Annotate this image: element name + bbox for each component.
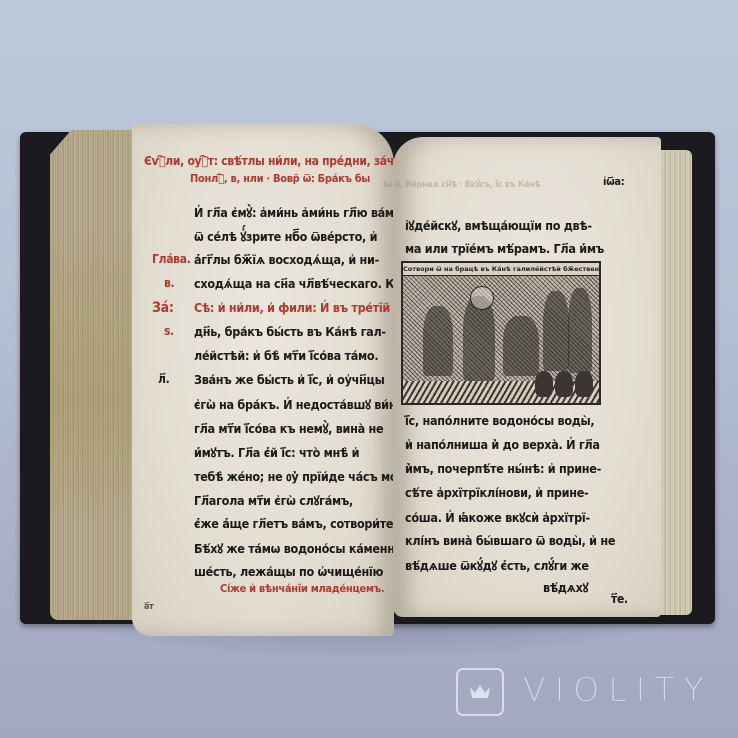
margin-note: За́: <box>152 300 174 316</box>
text-line: гл҃а мт҃и і҆҃со́ва къ немꙋ̀, вина̀ не <box>194 420 383 437</box>
wedding-at-cana-woodcut <box>403 276 599 403</box>
running-head: і҆ѡ҃а: <box>603 175 624 188</box>
text-line: и҆ напо́лниша и҆̀ до верха̀. И҆ гл҃а <box>405 437 600 452</box>
text-line: є҆́же а҆́ще гл҃етъ ва́мъ, сотвори́те. <box>194 516 397 531</box>
text-line: И҆ гл҃а є҆мꙋ̀: а҆ми́нь а҆ми́нь гл҃ю ва́м… <box>194 204 406 221</box>
text-line: і҆҃с, напо́лните водоно́сы воды̀, <box>405 413 594 428</box>
margin-note: ѕ. <box>164 324 174 338</box>
text-line: сходѧ́ща на сн҃а чл҃вѣ́ческаго. Кон. <box>194 276 413 291</box>
text-line: сѣ́те а҆рхїтрїклі́нови, и҆ прине- <box>405 485 588 500</box>
left-page-edges <box>50 130 135 620</box>
text-line: вѣ́дѧше ѿкꙋ́дꙋ є҆́сть, слꙋ́ги же <box>405 557 589 574</box>
woodcut-caption: Сотвори ѿ на брацѣ въ Ка́нѣ галиле́йстѣй… <box>403 263 599 276</box>
folio-number: т҃е. <box>611 592 628 606</box>
left-page-footer: Сі́же и҆ вѣнча́нїи младе́нцемъ. <box>220 582 384 595</box>
text-line: тебѣ̀ же́но; не ᲂу҆̀ прїи́де ча́съ мо́й. <box>194 468 409 485</box>
signature-mark: а҃т <box>144 602 154 612</box>
text-line: ѿ се́лѣ ꙋ҆́зрите нб҃о ѿве́рсто, и҆ <box>194 228 377 245</box>
text-line: ма или трїе́мъ мѣ́рамъ. Гл҃а и҆́мъ <box>405 241 604 256</box>
margin-note: в. <box>164 276 174 290</box>
text-line: ше́сть, лежа́щы по ѡ҆чище́нїю <box>194 564 383 579</box>
text-line: ле́йстѣй: и҆ бѣ̀ мт҃и і҆҃со́ва та́мо. <box>194 348 378 363</box>
text-line: и҆̀мъ, почерпѣ́те ны́нѣ: и҆ прине- <box>405 461 601 476</box>
text-line: клі́нъ вина̀ бы́вшаго ѿ воды̀, и҆ не <box>405 533 615 548</box>
text-line: дн҃ь, бра́къ бы́сть въ Ка́нѣ гал- <box>194 324 386 339</box>
text-line: Бѣ́хꙋ же та́мѡ водоно́сы ка́менни <box>194 540 402 557</box>
text-line: є҆гѡ̀ на бра́къ. И҆ недоста́вшꙋ ви́нꙋ, <box>194 396 406 413</box>
left-page: Єѵⷢ҇ли, оуⷭ҇т: свѣ́тлы ни́ли, на пре́дни… <box>132 124 394 636</box>
text-line: и҆́мꙋтъ. Гл҃а є҆́й і҆҃с: что̀ мнѣ̀ и҆ <box>194 444 359 461</box>
watermark-logo-box <box>456 668 504 716</box>
watermark-text: VIOLITY <box>523 670 713 709</box>
text-line: вѣ́дѧхꙋ <box>543 579 588 596</box>
text-line: а҆́гг҃лы бж҃їѧ восходѧ́ща, и҆ ни- <box>194 252 379 267</box>
text-line: со́ша. И҆ ꙗ҆́коже вкꙋсѝ а҆рхїтрї- <box>405 509 590 526</box>
show-through-text: Іѡ́ а҃, Ве́рнаѧ сн҃ѣ · Вкꙋ́съ, і҆҃с въ К… <box>383 177 540 190</box>
photo-scene: Єѵⷢ҇ли, оуⷭ҇т: свѣ́тлы ни́ли, на пре́дни… <box>0 0 738 738</box>
left-page-subheader: Понлⷦ҇, в, нли · Вовр̑ ѿ: Бра́къ бы <box>190 172 370 185</box>
margin-note-number: л҃. <box>158 372 169 386</box>
crown-icon <box>469 684 491 700</box>
text-line-rubric: Сѣ: и҆ ни́ли, и҆ фили: И҆ въ тре́тїй <box>194 300 390 315</box>
text-line: Гл҃агола мт҃и є҆гѡ̀ слꙋга́мъ, <box>194 492 353 509</box>
margin-note: Гла́ва. <box>152 252 191 266</box>
text-line: Зва́нъ же бы́сть и҆ і҆҃с, и҆ оу҆чн҃цы <box>194 372 384 387</box>
right-page: Іѡ́ а҃, Ве́рнаѧ сн҃ѣ · Вкꙋ́съ, і҆҃с въ К… <box>393 137 661 617</box>
left-page-header: Єѵⷢ҇ли, оуⷭ҇т: свѣ́тлы ни́ли, на пре́дни… <box>144 154 405 168</box>
text-line: і҆ꙋде́йскꙋ, вмѣща́ющїи по двѣ- <box>405 217 592 234</box>
woodcut-illustration: Сотвори ѿ на брацѣ въ Ка́нѣ галиле́йстѣй… <box>401 261 601 405</box>
